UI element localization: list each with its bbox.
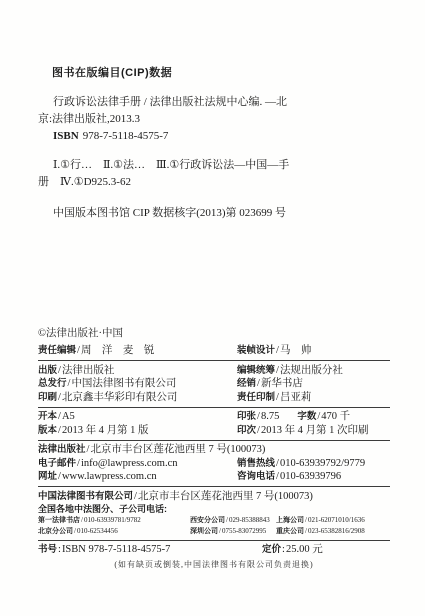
distributor-value: 中国法律图书有限公司 [71,378,176,389]
book-number-label: 书号 [38,544,57,555]
branch-phone: 010-62534456 [77,527,118,535]
branch-label: 上海公司 [276,517,304,524]
divider [38,540,390,541]
print-supervisor-label: 责任印制 [237,392,275,403]
general-distributor: 总发行/中国法律图书有限公司 [38,377,237,391]
branch-label: 西安分公司 [190,517,225,524]
row-press-address: 法律出版社/北京市丰台区莲花池西里 7 号(100073) [38,443,390,457]
email: 电子邮件/info@lawpress.com.cn [38,457,237,471]
branch-label: 深圳公司 [190,528,218,535]
divider [38,407,390,408]
branch-chongqing: 重庆公司/023-65382816/2908 [276,526,390,537]
responsible-editor-label: 责任编辑 [38,345,76,356]
sales-hotline-label: 销售热线 [237,458,275,469]
copyright-line: ©法律出版社·中国 [38,327,123,341]
price-value: 25.00 元 [286,544,323,555]
branch-label: 重庆公司 [276,528,304,535]
row-format: 开本/A5 印张/8.75字数/470 千 [38,410,390,424]
distributor-label: 总发行 [38,378,67,389]
divider [38,440,390,441]
cip-class-line-2: 册 Ⅳ.①D925.3-62 [38,174,392,191]
branch-first-law-bookstore: 第一法律书店/010-63939781/9782 [38,515,190,526]
word-count-value: 470 千 [321,411,350,422]
editing-coordinator: 编辑统筹/法规出版分社 [237,364,390,378]
cip-record-number: 中国版本图书馆 CIP 数据核字(2013)第 023699 号 [53,205,392,222]
cip-title-line-1: 行政诉讼法律手册 / 法律出版社法规中心编. —北 [38,94,392,111]
impression-label: 印次 [237,425,256,436]
website-label: 网址 [38,471,57,482]
sales-hotline: 销售热线/010-63939792/9779 [237,457,390,471]
publisher-value: 法律出版社 [62,365,115,376]
press-address-label: 法律出版社 [38,444,86,455]
company-address-label: 中国法律图书有限公司 [38,491,133,502]
book-format: 开本/A5 [38,410,237,424]
edition-value: 2013 年 4 月第 1 版 [62,425,149,436]
inquiry-phone: 咨询电话/010-63939796 [237,470,390,484]
seller: 经销/新华书店 [237,377,390,391]
branch-row-1: 第一法律书店/010-63939781/9782 西安分公司/029-85388… [38,515,390,526]
book-number-value: ISBN 978-7-5118-4575-7 [62,544,170,555]
cip-classification: Ⅰ.①行… Ⅱ.①法… Ⅲ.①行政诉讼法—中国—手 册 Ⅳ.①D925.3-62 [38,157,392,191]
cip-bibliography: 行政诉讼法律手册 / 法律出版社法规中心编. —北 京:法律出版社,2013.3… [38,94,392,145]
return-policy-note: (如有缺页或倒装,中国法律图书有限公司负责退换) [38,559,390,571]
branch-shanghai: 上海公司/021-62071010/1636 [276,515,390,526]
publisher-label: 出版 [38,365,57,376]
format-value: A5 [62,411,75,422]
company-address-value: 北京市丰台区莲花池西里 7 号(100073) [138,491,313,502]
sheets-value: 8.75 [261,411,279,422]
row-company-address: 中国法律图书有限公司/北京市丰台区莲花池西里 7 号(100073) [38,490,390,504]
word-count-label: 字数 [297,411,316,422]
cip-isbn-line: ISBN978-7-5118-4575-7 [38,128,392,145]
email-label: 电子邮件 [38,458,76,469]
edition: 版本/2013 年 4 月第 1 版 [38,424,237,438]
cip-title-line-2: 京:法律出版社,2013.3 [38,111,392,128]
email-value: info@lawpress.com.cn [81,458,178,469]
branch-shenzhen: 深圳公司/0755-83072995 [190,526,276,537]
row-printer: 印刷/北京鑫丰华彩印有限公司 责任印制/吕亚莉 [38,391,390,405]
cover-design-label: 装帧设计 [237,345,275,356]
branch-phone: 029-85388843 [229,516,270,524]
divider [38,486,390,487]
press-address: 法律出版社/北京市丰台区莲花池西里 7 号(100073) [38,443,265,457]
isbn-value: 978-7-5118-4575-7 [83,130,169,142]
branch-phones-heading: 全国各地中法图分、子公司电话: [38,503,390,515]
row-website: 网址/www.lawpress.com.cn 咨询电话/010-63939796 [38,470,390,484]
company-address: 中国法律图书有限公司/北京市丰台区莲花池西里 7 号(100073) [38,490,313,504]
sheets-label: 印张 [237,411,256,422]
coordinator-label: 编辑统筹 [237,365,275,376]
branch-row-2: 北京分公司/010-62534456 深圳公司/0755-83072995 重庆… [38,526,390,537]
row-distributor: 总发行/中国法律图书有限公司 经销/新华书店 [38,377,390,391]
cip-block: 图书在版编目(CIP)数据 行政诉讼法律手册 / 法律出版社法规中心编. —北 … [38,66,392,222]
colophon: 责任编辑/周 洋 麦 锐 装帧设计/马 帅 出版/法律出版社 编辑统筹/法规出版… [38,344,390,571]
print-supervisor: 责任印制/吕亚莉 [237,391,390,405]
branch-phone: 0755-83072995 [222,527,266,535]
row-email: 电子邮件/info@lawpress.com.cn 销售热线/010-63939… [38,457,390,471]
price: 定价:25.00 元 [262,543,390,557]
seller-label: 经销 [237,378,256,389]
website: 网址/www.lawpress.com.cn [38,470,237,484]
website-value: www.lawpress.com.cn [62,471,157,482]
responsible-editor-value: 周 洋 麦 锐 [81,345,155,356]
row-editors: 责任编辑/周 洋 麦 锐 装帧设计/马 帅 [38,344,390,358]
branch-label: 北京分公司 [38,528,73,535]
branch-label: 第一法律书店 [38,517,80,524]
sales-hotline-value: 010-63939792/9779 [280,458,365,469]
book-number: 书号:ISBN 978-7-5118-4575-7 [38,543,262,557]
format-label: 开本 [38,411,57,422]
branch-phone: 023-65382816/2908 [308,527,365,535]
price-label: 定价 [262,544,281,555]
book-copyright-page: 图书在版编目(CIP)数据 行政诉讼法律手册 / 法律出版社法规中心编. —北 … [0,0,425,616]
isbn-label: ISBN [53,130,79,142]
divider [38,360,390,361]
branch-phone: 021-62071010/1636 [308,516,365,524]
print-supervisor-value: 吕亚莉 [280,392,312,403]
seller-value: 新华书店 [261,378,303,389]
impression-value: 2013 年 4 月第 1 次印刷 [261,425,369,436]
cover-design-value: 马 帅 [280,345,312,356]
branch-phone: 010-63939781/9782 [84,516,141,524]
word-count: 字数/470 千 [297,411,350,422]
sheets-and-words: 印张/8.75字数/470 千 [237,410,390,424]
row-edition: 版本/2013 年 4 月第 1 版 印次/2013 年 4 月第 1 次印刷 [38,424,390,438]
cover-design: 装帧设计/马 帅 [237,344,390,358]
cip-class-line-1: Ⅰ.①行… Ⅱ.①法… Ⅲ.①行政诉讼法—中国—手 [38,157,392,174]
printer-value: 北京鑫丰华彩印有限公司 [62,392,178,403]
row-book-number: 书号:ISBN 978-7-5118-4575-7 定价:25.00 元 [38,543,390,557]
branch-xian: 西安分公司/029-85388843 [190,515,276,526]
impression: 印次/2013 年 4 月第 1 次印刷 [237,424,390,438]
publisher: 出版/法律出版社 [38,364,237,378]
coordinator-value: 法规出版分社 [280,365,343,376]
inquiry-phone-label: 咨询电话 [237,471,275,482]
press-address-value: 北京市丰台区莲花池西里 7 号(100073) [90,444,265,455]
printer: 印刷/北京鑫丰华彩印有限公司 [38,391,237,405]
printer-label: 印刷 [38,392,57,403]
cip-heading: 图书在版编目(CIP)数据 [52,66,392,80]
inquiry-phone-value: 010-63939796 [280,471,341,482]
branch-beijing: 北京分公司/010-62534456 [38,526,190,537]
edition-label: 版本 [38,425,57,436]
responsible-editor: 责任编辑/周 洋 麦 锐 [38,344,237,358]
row-publisher: 出版/法律出版社 编辑统筹/法规出版分社 [38,364,390,378]
